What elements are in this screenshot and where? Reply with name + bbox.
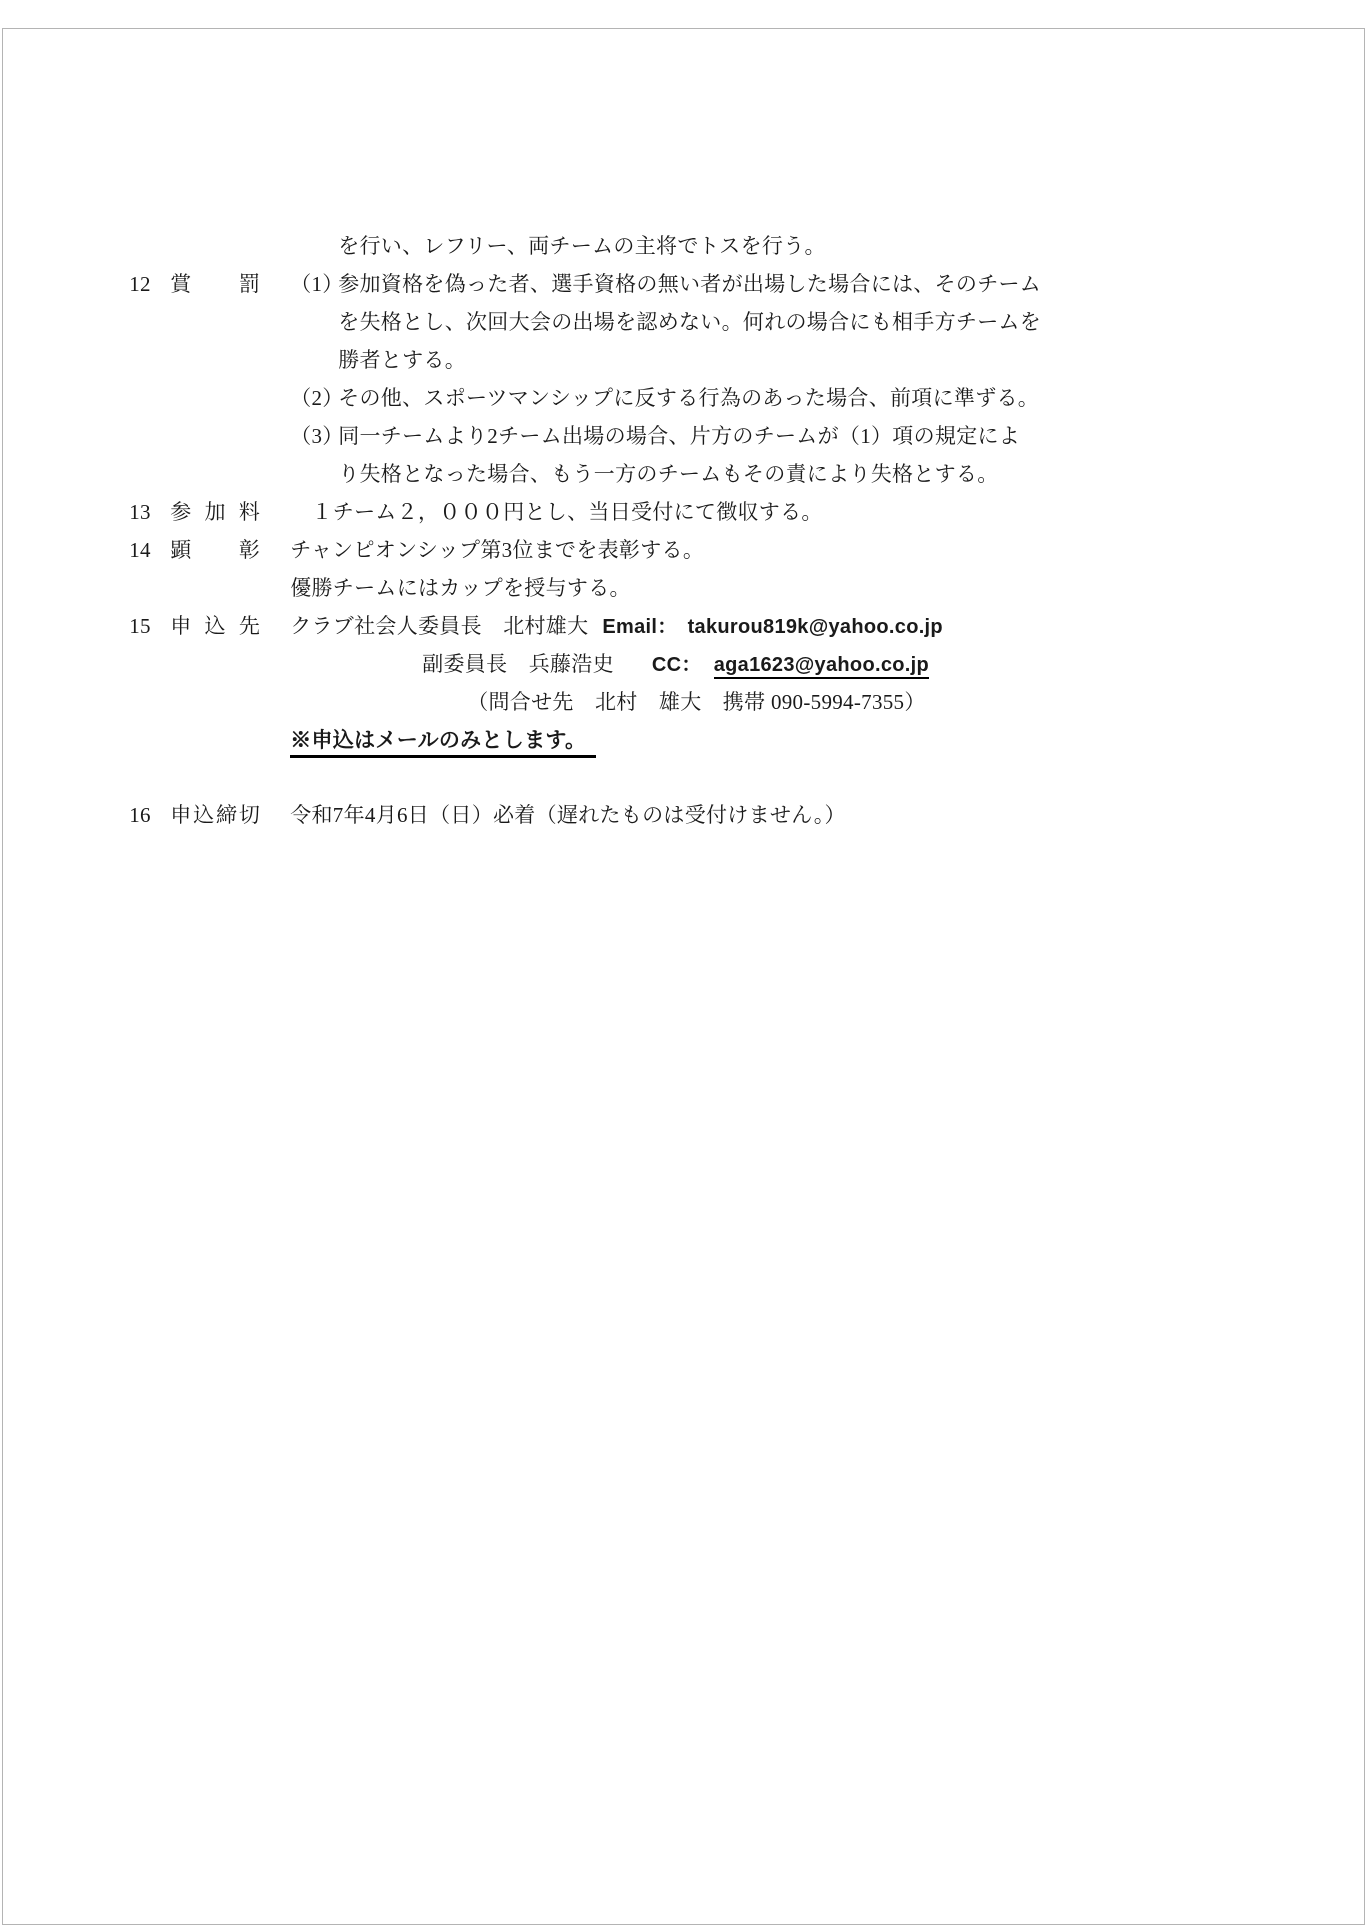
application-note: ※申込はメールのみとします。 bbox=[290, 728, 596, 758]
item-row-12-penalty: 12賞罰（1）参加資格を偽った者、選手資格の無い者が出場した場合には、そのチーム bbox=[107, 227, 1041, 265]
line-penalty-1-cont: を失格とし、次回大会の出場を認めない。何れの場合にも相手方チームを bbox=[316, 265, 1041, 303]
line-contact-vice-chair: 副委員長 兵藤浩史CC：aga1623@yahoo.co.jp bbox=[400, 607, 929, 645]
item-number: 12 bbox=[129, 265, 170, 303]
line-text: 令和7年4月6日（日）必着（遅れたものは受付けません。） bbox=[290, 796, 846, 834]
subitem-row-2: （2）その他、スポーツマンシップに反する行為のあった場合、前項に準ずる。 bbox=[268, 341, 1039, 379]
item-number: 14 bbox=[129, 531, 170, 569]
item-label: 申込締切 bbox=[170, 796, 260, 834]
line-inquiry-phone: （問合せ先 北村 雄大 携帯 090-5994-7355） bbox=[445, 645, 926, 683]
item-row-15-contact: 15申込先クラブ社会人委員長 北村雄大Email：takurou819k@yah… bbox=[107, 569, 943, 607]
item-label: 賞罰 bbox=[170, 265, 260, 303]
document-page: を行い、レフリー、両チームの主将でトスを行う。 12賞罰（1）参加資格を偽った者… bbox=[0, 0, 1369, 1929]
item-row-13-fee: 13参加料 １チーム２，０００円とし、当日受付にて徴収する。 bbox=[107, 455, 823, 493]
subitem-row-3: （3）同一チームより2チーム出場の場合、片方のチームが（1）項の規定によ bbox=[268, 379, 1020, 417]
item-number: 16 bbox=[129, 796, 170, 834]
item-number: 15 bbox=[129, 607, 170, 645]
item-row-14-awards: 14顕彰チャンピオンシップ第3位までを表彰する。 bbox=[107, 493, 704, 531]
line-awards-cont: 優勝チームにはカップを授与する。 bbox=[268, 531, 631, 569]
line-application-note: ※申込はメールのみとします。 bbox=[268, 683, 596, 721]
item-row-16-deadline: 16申込締切令和7年4月6日（日）必着（遅れたものは受付けません。） bbox=[107, 758, 846, 796]
line-penalty-1-cont2: 勝者とする。 bbox=[316, 303, 466, 341]
item-label: 顕彰 bbox=[170, 531, 260, 569]
line-toss-continuation: を行い、レフリー、両チームの主将でトスを行う。 bbox=[316, 189, 826, 227]
item-label: 申込先 bbox=[170, 607, 260, 645]
line-penalty-3-cont: り失格となった場合、もう一方のチームもその責により失格とする。 bbox=[316, 417, 999, 455]
